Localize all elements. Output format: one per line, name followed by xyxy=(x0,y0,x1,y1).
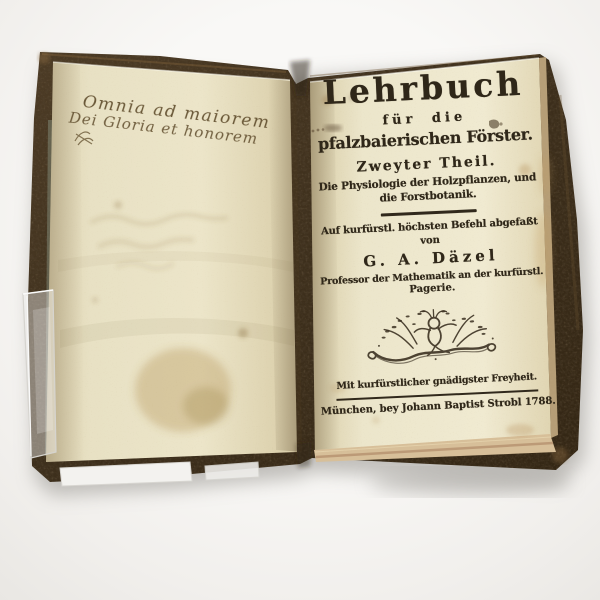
book-photo-art xyxy=(0,0,600,600)
photo-stage: Omnia ad maiorem Dei Gloria et honorem L… xyxy=(0,0,600,600)
mylar-flap xyxy=(23,290,56,458)
